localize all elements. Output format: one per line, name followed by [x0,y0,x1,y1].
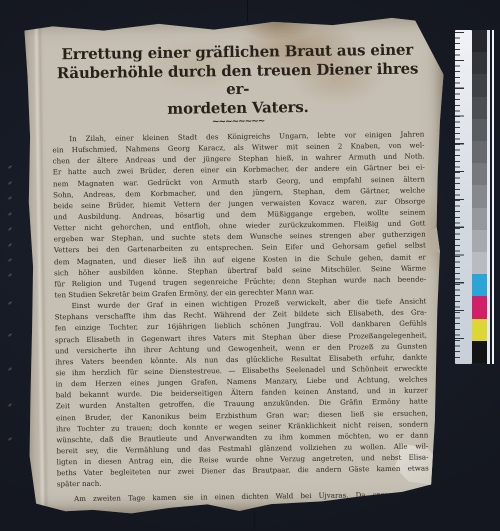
grayscale-step-11 [472,252,487,274]
document-title: Errettung einer gräflichen Braut aus ein… [51,41,424,120]
color-patch-black [472,341,487,363]
document-paper: Errettung einer gräflichen Braut aus ein… [19,12,449,516]
grayscale-step-6 [472,141,487,163]
title-line: Räuberhöhle durch den treuen Diener ihre… [51,59,423,101]
gutter-mark [8,227,12,231]
gutter-mark [8,165,12,169]
color-patch-cyan [472,274,487,296]
printed-content: Errettung einer gräflichen Braut aus ein… [51,41,429,504]
grayscale-step-2 [472,52,487,74]
grayscale-step-8 [472,185,487,207]
scan-photo-background: Errettung einer gräflichen Braut aus ein… [0,0,500,531]
gutter-mark [8,258,12,262]
gutter-mark [8,273,12,277]
gutter-mark [8,367,12,371]
paragraph: Am zweiten Tage kamen sie in einen dicht… [57,488,429,504]
gutter-mark [8,301,12,305]
thread-mark-top [247,0,248,21]
gutter-mark [8,437,12,441]
grayscale-step-4 [472,97,487,119]
paragraph: In Zilah, einer kleinen Stadt des Königr… [52,128,426,300]
grayscale-step-5 [472,119,487,141]
gutter-mark [8,243,12,247]
grayscale-and-color-patches [472,30,487,364]
thread-mark-bottom [254,504,255,531]
calibration-white-bar-2 [492,30,495,364]
calibration-white-bar-1 [487,30,490,364]
gutter-mark [8,181,12,185]
color-patch-magenta [472,296,487,318]
paragraph: Einst wurde der Graf in einen wichtigen … [54,296,428,490]
grayscale-step-7 [472,163,487,185]
grayscale-step-1 [472,30,487,52]
document-body: In Zilah, einer kleinen Stadt des Königr… [52,128,429,503]
grayscale-step-10 [472,230,487,252]
color-patch-yellow [472,319,487,341]
ruler [455,30,472,364]
edge-tear [429,224,444,255]
gutter-mark [8,196,12,200]
body-text-line: Am zweiten Tage kamen sie in einen dicht… [57,488,429,504]
grayscale-step-3 [472,74,487,96]
gutter-mark [8,403,12,407]
gutter-mark [8,212,12,216]
calibration-target [455,30,495,364]
grayscale-step-9 [472,208,487,230]
ruler-major-ticks [455,32,464,364]
gutter-mark [8,333,12,337]
